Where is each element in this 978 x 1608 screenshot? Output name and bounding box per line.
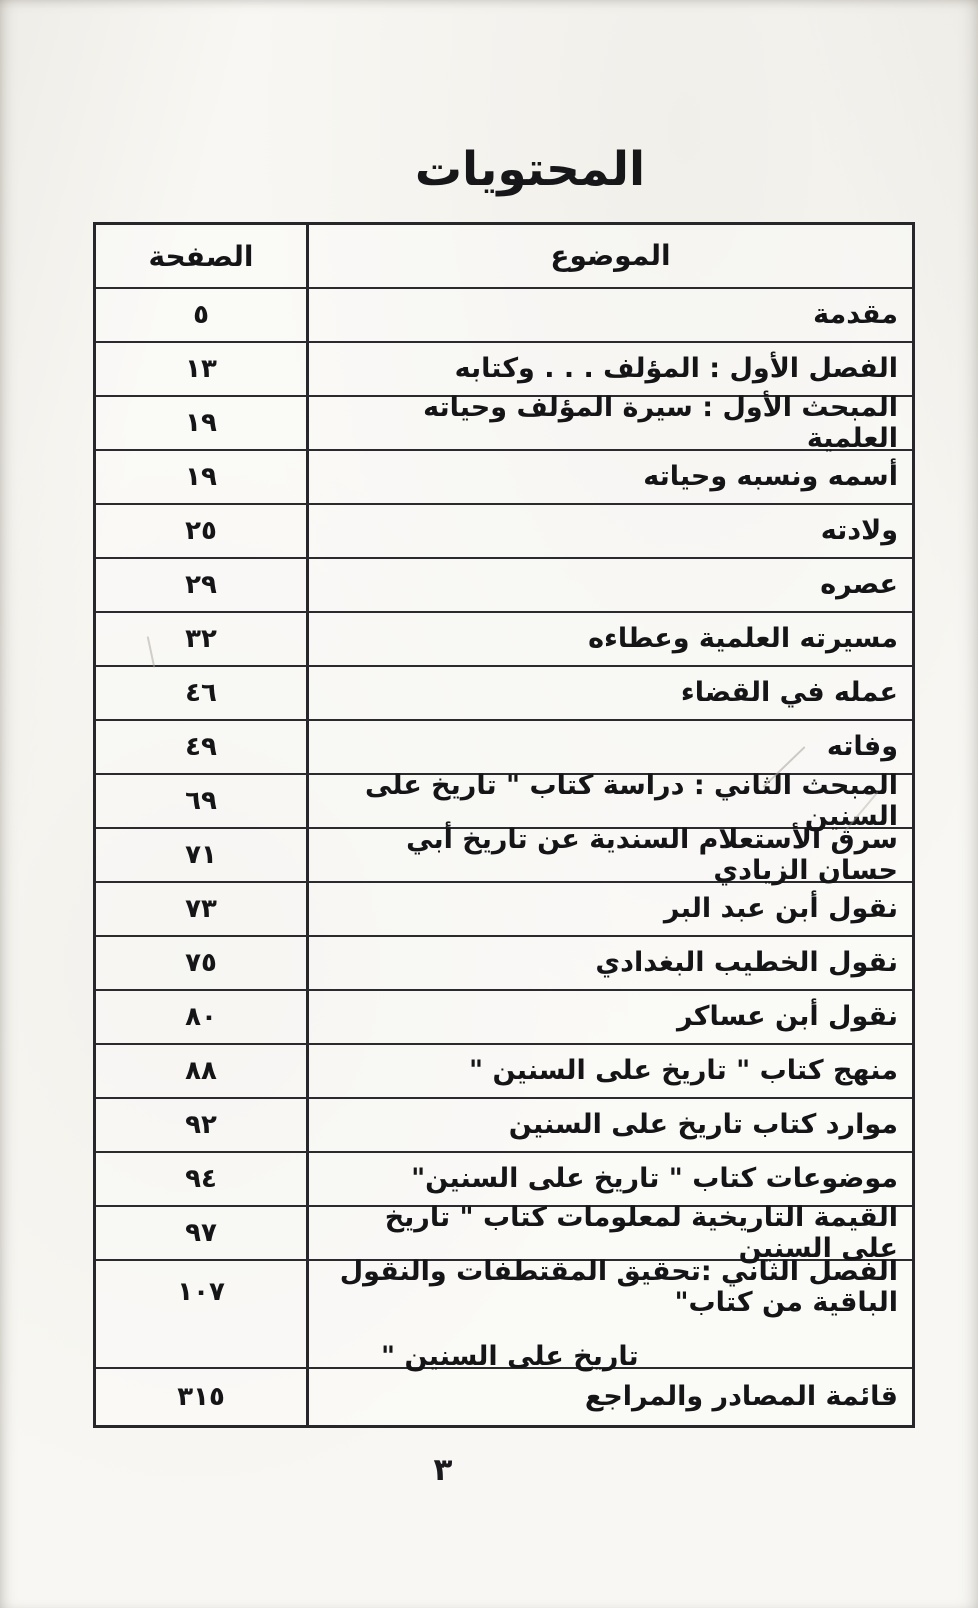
toc-row-topic: نقول أبن عبد البر (309, 883, 912, 935)
toc-row: ٥مقدمة (96, 287, 912, 341)
toc-row-page-number: ٧٥ (96, 937, 309, 989)
toc-row: ٦٩المبحث الثاني : دراسة كتاب " تاريخ على… (96, 773, 912, 827)
toc-row: ٤٩وفاته (96, 719, 912, 773)
toc-row-topic: نقول الخطيب البغدادي (309, 937, 912, 989)
toc-topic-line1: مسيرته العلمية وعطاءه (323, 623, 898, 654)
toc-row-topic: موضوعات كتاب " تاريخ على السنين" (309, 1153, 912, 1205)
toc-row-topic: القيمة التاريخية لمعلومات كتاب " تاريخ ع… (309, 1207, 912, 1259)
toc-row: ٣٢مسيرته العلمية وعطاءه (96, 611, 912, 665)
toc-row-topic: قائمة المصادر والمراجع (309, 1369, 912, 1425)
toc-row: ٧٣نقول أبن عبد البر (96, 881, 912, 935)
toc-row-topic: المبحث الأول : سيرة المؤلف وحياته العلمي… (309, 397, 912, 449)
toc-row: ٩٢موارد كتاب تاريخ على السنين (96, 1097, 912, 1151)
toc-row-topic: الفصل الأول : المؤلف . . . وكتابه (309, 343, 912, 395)
toc-row-page-number: ٨٨ (96, 1045, 309, 1097)
toc-row-topic: مقدمة (309, 289, 912, 341)
toc-row: ٢٥ولادته (96, 503, 912, 557)
toc-row-page-number: ٤٩ (96, 721, 309, 773)
toc-row: ١٣الفصل الأول : المؤلف . . . وكتابه (96, 341, 912, 395)
toc-row-page-number: ٧١ (96, 829, 309, 881)
toc-topic-line1: عمله في القضاء (323, 677, 898, 708)
toc-row-topic: سرق الأستعلام السندية عن تاريخ أبي حسان … (309, 829, 912, 881)
toc-topic-line1: موارد كتاب تاريخ على السنين (323, 1109, 898, 1140)
table-header-row: الصفحة الموضوع (96, 225, 912, 287)
toc-topic-line1: المبحث الأول : سيرة المؤلف وحياته العلمي… (323, 392, 898, 454)
toc-topic-line1: نقول أبن عساكر (323, 1001, 898, 1032)
toc-row-topic: ولادته (309, 505, 912, 557)
toc-topic-line1: منهج كتاب " تاريخ على السنين " (323, 1055, 898, 1086)
page-title: المحتويات (320, 144, 740, 196)
toc-row: ٣١٥قائمة المصادر والمراجع (96, 1367, 912, 1425)
toc-topic-line2: تاريخ على السنين " (323, 1341, 898, 1372)
toc-row-page-number: ١٠٧ (96, 1261, 309, 1367)
toc-row-page-number: ٣٢ (96, 613, 309, 665)
toc-row-page-number: ٨٠ (96, 991, 309, 1043)
toc-row-page-number: ٤٦ (96, 667, 309, 719)
toc-row-page-number: ١٩ (96, 397, 309, 449)
toc-row: ١٠٧الفصل الثاني :تحقيق المقتطفات والنقول… (96, 1259, 912, 1367)
toc-row: ١٩أسمه ونسبه وحياته (96, 449, 912, 503)
toc-row-page-number: ١٣ (96, 343, 309, 395)
toc-topic-line1: سرق الأستعلام السندية عن تاريخ أبي حسان … (323, 824, 898, 886)
toc-row-topic: عصره (309, 559, 912, 611)
toc-row-page-number: ١٩ (96, 451, 309, 503)
toc-row: ٢٩عصره (96, 557, 912, 611)
toc-row: ٩٤موضوعات كتاب " تاريخ على السنين" (96, 1151, 912, 1205)
toc-row-topic: المبحث الثاني : دراسة كتاب " تاريخ على ا… (309, 775, 912, 827)
toc-row: ٨٨منهج كتاب " تاريخ على السنين " (96, 1043, 912, 1097)
page-number: ٣ (93, 1452, 793, 1488)
contents-table: الصفحة الموضوع ٥مقدمة١٣الفصل الأول : الم… (93, 222, 915, 1428)
toc-row-page-number: ٦٩ (96, 775, 309, 827)
toc-topic-line1: نقول أبن عبد البر (323, 893, 898, 924)
toc-topic-line1: ولادته (323, 515, 898, 546)
toc-row-topic: منهج كتاب " تاريخ على السنين " (309, 1045, 912, 1097)
toc-row-topic: عمله في القضاء (309, 667, 912, 719)
toc-row: ٧٥نقول الخطيب البغدادي (96, 935, 912, 989)
toc-row-page-number: ٢٩ (96, 559, 309, 611)
toc-row-page-number: ٣١٥ (96, 1369, 309, 1425)
toc-topic-line1: المبحث الثاني : دراسة كتاب " تاريخ على ا… (323, 770, 898, 832)
toc-row-page-number: ٩٢ (96, 1099, 309, 1151)
toc-topic-line1: أسمه ونسبه وحياته (323, 461, 898, 492)
column-header-topic: الموضوع (309, 225, 912, 287)
toc-row: ٨٠نقول أبن عساكر (96, 989, 912, 1043)
toc-topic-line1: نقول الخطيب البغدادي (323, 947, 898, 978)
toc-row: ٩٧القيمة التاريخية لمعلومات كتاب " تاريخ… (96, 1205, 912, 1259)
toc-topic-line1: عصره (323, 569, 898, 600)
toc-row: ٤٦عمله في القضاء (96, 665, 912, 719)
toc-topic-line1: الفصل الثاني :تحقيق المقتطفات والنقول ال… (323, 1256, 898, 1318)
toc-topic-line1: الفصل الأول : المؤلف . . . وكتابه (323, 353, 898, 384)
toc-row-topic: الفصل الثاني :تحقيق المقتطفات والنقول ال… (309, 1261, 912, 1367)
scanned-document-page: المحتويات الصفحة الموضوع ٥مقدمة١٣الفصل ا… (0, 0, 978, 1608)
toc-row-page-number: ٩٤ (96, 1153, 309, 1205)
toc-row-page-number: ٥ (96, 289, 309, 341)
toc-row-topic: أسمه ونسبه وحياته (309, 451, 912, 503)
table-rows: ٥مقدمة١٣الفصل الأول : المؤلف . . . وكتاب… (96, 287, 912, 1425)
toc-row: ٧١سرق الأستعلام السندية عن تاريخ أبي حسا… (96, 827, 912, 881)
toc-row-page-number: ٩٧ (96, 1207, 309, 1259)
toc-row-page-number: ٢٥ (96, 505, 309, 557)
toc-topic-line1: قائمة المصادر والمراجع (323, 1381, 898, 1412)
toc-row-topic: مسيرته العلمية وعطاءه (309, 613, 912, 665)
toc-topic-line1: مقدمة (323, 299, 898, 330)
toc-topic-line1: موضوعات كتاب " تاريخ على السنين" (323, 1163, 898, 1194)
toc-row-topic: موارد كتاب تاريخ على السنين (309, 1099, 912, 1151)
toc-topic-line1: القيمة التاريخية لمعلومات كتاب " تاريخ ع… (323, 1202, 898, 1264)
toc-row-topic: وفاته (309, 721, 912, 773)
column-header-page: الصفحة (96, 225, 309, 287)
toc-row-topic: نقول أبن عساكر (309, 991, 912, 1043)
toc-topic-line1: وفاته (323, 731, 898, 762)
toc-row-page-number: ٧٣ (96, 883, 309, 935)
toc-row: ١٩المبحث الأول : سيرة المؤلف وحياته العل… (96, 395, 912, 449)
